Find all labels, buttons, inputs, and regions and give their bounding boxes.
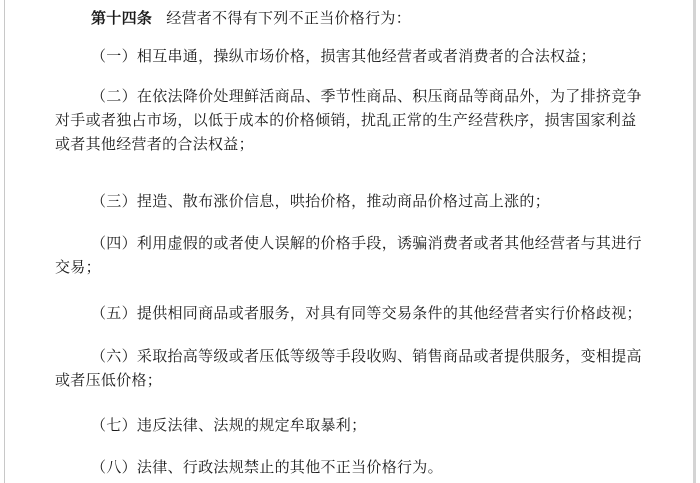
item-2-line-2: 对手或者独占市场，以低于成本的价格倾销，扰乱正常的生产经营秩序，损害国家利益 bbox=[55, 110, 636, 130]
page-right-edge bbox=[693, 0, 696, 483]
document-page: 第十四条经营者不得有下列不正当价格行为： （一）相互串通，操纵市场价格，损害其他… bbox=[4, 0, 694, 483]
article-number: 第十四条 bbox=[91, 9, 152, 27]
item-6-line-1: （六）采取抬高等级或者压低等级等手段收购、销售商品或者提供服务，变相提高 bbox=[91, 346, 642, 366]
article-heading: 第十四条经营者不得有下列不正当价格行为： bbox=[91, 8, 411, 28]
item-2-line-3: 或者其他经营者的合法权益； bbox=[55, 134, 254, 154]
item-7-line-1: （七）违反法律、法规的规定牟取暴利； bbox=[91, 415, 366, 435]
item-3-line-1: （三）捏造、散布涨价信息，哄抬价格，推动商品价格过高上涨的； bbox=[91, 191, 550, 211]
article-intro: 经营者不得有下列不正当价格行为： bbox=[166, 9, 411, 27]
item-8-line-1: （八）法律、行政法规禁止的其他不正当价格行为。 bbox=[91, 457, 443, 477]
item-6-line-2: 或者压低价格； bbox=[55, 370, 162, 390]
item-4-line-1: （四）利用虚假的或者使人误解的价格手段，诱骗消费者或者其他经营者与其进行 bbox=[91, 233, 642, 253]
item-2-line-1: （二）在依法降价处理鲜活商品、季节性商品、积压商品等商品外，为了排挤竞争 bbox=[91, 86, 642, 106]
item-1-line-1: （一）相互串通，操纵市场价格，损害其他经营者或者消费者的合法权益； bbox=[91, 46, 596, 66]
item-4-line-2: 交易； bbox=[55, 257, 101, 277]
item-5-line-1: （五）提供相同商品或者服务，对具有同等交易条件的其他经营者实行价格歧视； bbox=[91, 303, 642, 323]
